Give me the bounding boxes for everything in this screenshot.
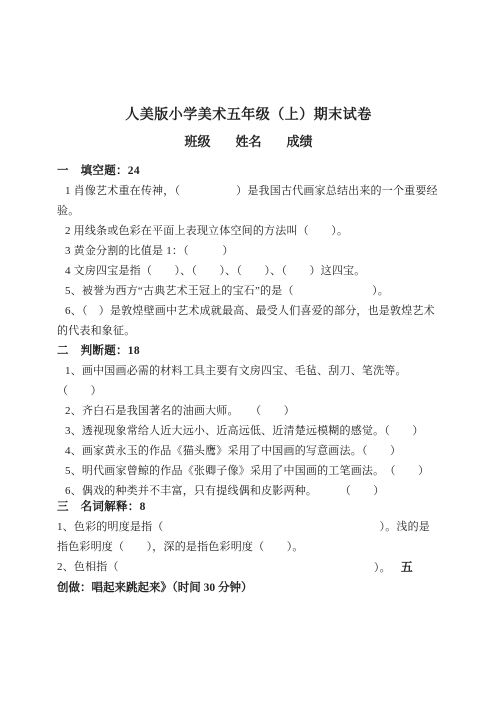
judge-q1-line1: 1、画中国画必需的材料工具主要有文房四宝、毛毡、刮刀、笔洗等。 bbox=[57, 361, 440, 381]
definitions-q1-line2: 指色彩明度（ ），深的是指色彩明度（ ）。 bbox=[57, 537, 440, 557]
judge-q2: 2、齐白石是我国著名的油画大师。 （ ） bbox=[57, 401, 440, 421]
create-task-line: 创做：唱起来跳起来》（时间 30 分钟） bbox=[57, 578, 440, 598]
fill-q5: 5、被誉为西方“古典艺术王冠上的宝石”的是（ ）。 bbox=[57, 281, 440, 301]
definitions-q2-line: 2、色相指（ ）。五 bbox=[57, 557, 440, 578]
judge-section-heading: 二 判断题：18 bbox=[57, 341, 440, 361]
name-label: 姓名 bbox=[235, 132, 261, 152]
definitions-q2-close: ）。 bbox=[374, 562, 391, 574]
fill-in-section-heading: 一 填空题：24 bbox=[57, 161, 440, 181]
exam-paper-page: 人美版小学美术五年级（上）期末试卷 班级 姓名 成绩 一 填空题：24 1 肖像… bbox=[0, 0, 500, 708]
definitions-q1-left: 1、色彩的明度是指（ bbox=[57, 517, 164, 537]
judge-q3: 3、透视现象常给人近大远小、近高远低、近清楚远模糊的感觉。（ ） bbox=[57, 421, 440, 441]
fill-q1-line1: 1 肖像艺术重在传神，（ ）是我国古代画家总结出来的一个重要经 bbox=[57, 181, 440, 201]
definitions-q2-right: ）。五 bbox=[374, 557, 413, 578]
judge-q4: 4、画家黄永玉的作品《猫头鹰》采用了中国画的写意画法。（ ） bbox=[57, 441, 440, 461]
judge-q5: 5、明代画家曾鲸的作品《张卿子像》采用了中国画的工笔画法。 （ ） bbox=[57, 461, 440, 481]
section-five-marker: 五 bbox=[401, 560, 413, 574]
class-label: 班级 bbox=[184, 132, 210, 152]
definitions-q1-right: ）。浅的是 bbox=[380, 517, 431, 537]
definitions-q2-left: 2、色相指（ bbox=[57, 557, 119, 578]
document-body: 人美版小学美术五年级（上）期末试卷 班级 姓名 成绩 一 填空题：24 1 肖像… bbox=[57, 106, 440, 598]
judge-q1-line2: （ ） bbox=[57, 381, 440, 401]
header-fields: 班级 姓名 成绩 bbox=[57, 132, 440, 152]
fill-q6-line2: 的代表和象征。 bbox=[57, 321, 440, 341]
fill-q3: 3 黄金分割的比值是 1：（ ） bbox=[57, 241, 440, 261]
definitions-q1-line1: 1、色彩的明度是指（ ）。浅的是 bbox=[57, 517, 440, 537]
page-title: 人美版小学美术五年级（上）期末试卷 bbox=[57, 106, 440, 126]
score-label: 成绩 bbox=[287, 132, 313, 152]
fill-q1-line2: 验。 bbox=[57, 201, 440, 221]
fill-q2: 2 用线条或色彩在平面上表现立体空间的方法叫（ ）。 bbox=[57, 221, 440, 241]
fill-q4: 4 文房四宝是指（ ）、（ ）、（ ）、（ ）这四宝。 bbox=[57, 261, 440, 281]
fill-q6-line1: 6、（ ）是敦煌壁画中艺术成就最高、最受人们喜爱的部分，也是敦煌艺术 bbox=[57, 301, 440, 321]
